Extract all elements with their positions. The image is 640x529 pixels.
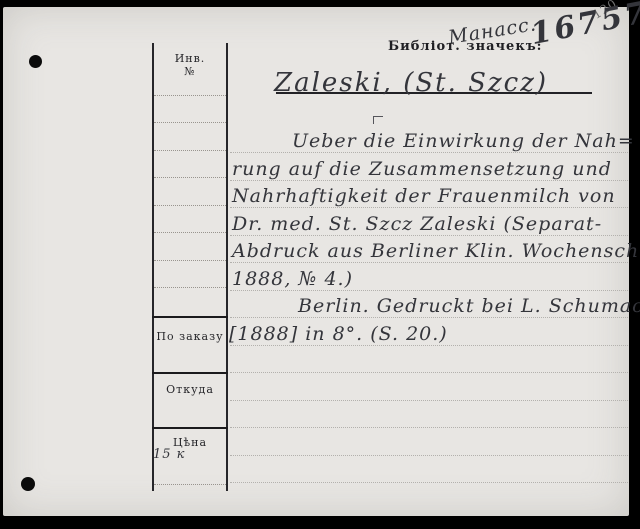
ruled-line	[230, 482, 628, 483]
entry-imprint-line1: Berlin. Gedruckt bei L. Schumacher	[298, 295, 640, 317]
form-dotted-line	[154, 484, 226, 485]
form-dotted-line	[154, 95, 226, 96]
insertion-mark	[373, 116, 383, 124]
inventory-label: Инв. №	[153, 52, 227, 78]
ruled-line	[230, 372, 628, 373]
ruled-line	[230, 290, 628, 291]
entry-body-line: Ueber die Einwirkung der Nah=	[292, 130, 635, 152]
form-dotted-line	[154, 287, 226, 288]
ruled-line	[230, 262, 628, 263]
form-dotted-line	[154, 232, 226, 233]
form-section-divider	[152, 372, 228, 374]
form-column-left-line	[152, 43, 154, 491]
form-dotted-line	[154, 260, 226, 261]
ruled-line	[230, 180, 628, 181]
entry-body-line: rung auf die Zusammensetzung und	[232, 158, 612, 180]
library-mark-label: Библіот. значекъ:	[388, 40, 542, 53]
entry-body-line: 1888, № 4.)	[232, 268, 353, 290]
entry-body-line: Dr. med. St. Szcz Zaleski (Separat-	[232, 213, 602, 235]
price-value: 15 к	[153, 447, 185, 462]
form-dotted-line	[154, 205, 226, 206]
entry-imprint-line2: [1888] in 8°. (S. 20.)	[229, 323, 448, 345]
inventory-label-line2: №	[184, 65, 195, 78]
ruled-line	[230, 345, 628, 346]
form-section-divider	[152, 316, 228, 318]
ruled-line	[230, 152, 628, 153]
by-order-label: По заказу	[153, 330, 227, 343]
punch-hole-top	[29, 55, 42, 68]
form-dotted-line	[154, 150, 226, 151]
ruled-line	[230, 317, 628, 318]
ruled-line	[230, 235, 628, 236]
ruled-line	[230, 455, 628, 456]
entry-body-line: Abdruck aus Berliner Klin. Wochenschrift…	[232, 240, 640, 262]
punch-hole-bottom	[21, 477, 35, 491]
catalog-card-scan: 120 Манасс. 16757 Библіот. значекъ: Инв.…	[0, 0, 640, 529]
form-column-right-line	[226, 43, 228, 491]
ruled-line	[230, 400, 628, 401]
form-section-divider	[152, 427, 228, 429]
ruled-line	[230, 427, 628, 428]
inventory-label-line1: Инв.	[175, 52, 206, 65]
ruled-line	[230, 207, 628, 208]
form-dotted-line	[154, 122, 226, 123]
entry-body-line: Nahrhaftigkeit der Frauenmilch von	[232, 185, 616, 207]
entry-heading: Zaleski, (St. Szcz)	[274, 68, 548, 98]
origin-label: Откуда	[153, 383, 227, 396]
form-dotted-line	[154, 177, 226, 178]
